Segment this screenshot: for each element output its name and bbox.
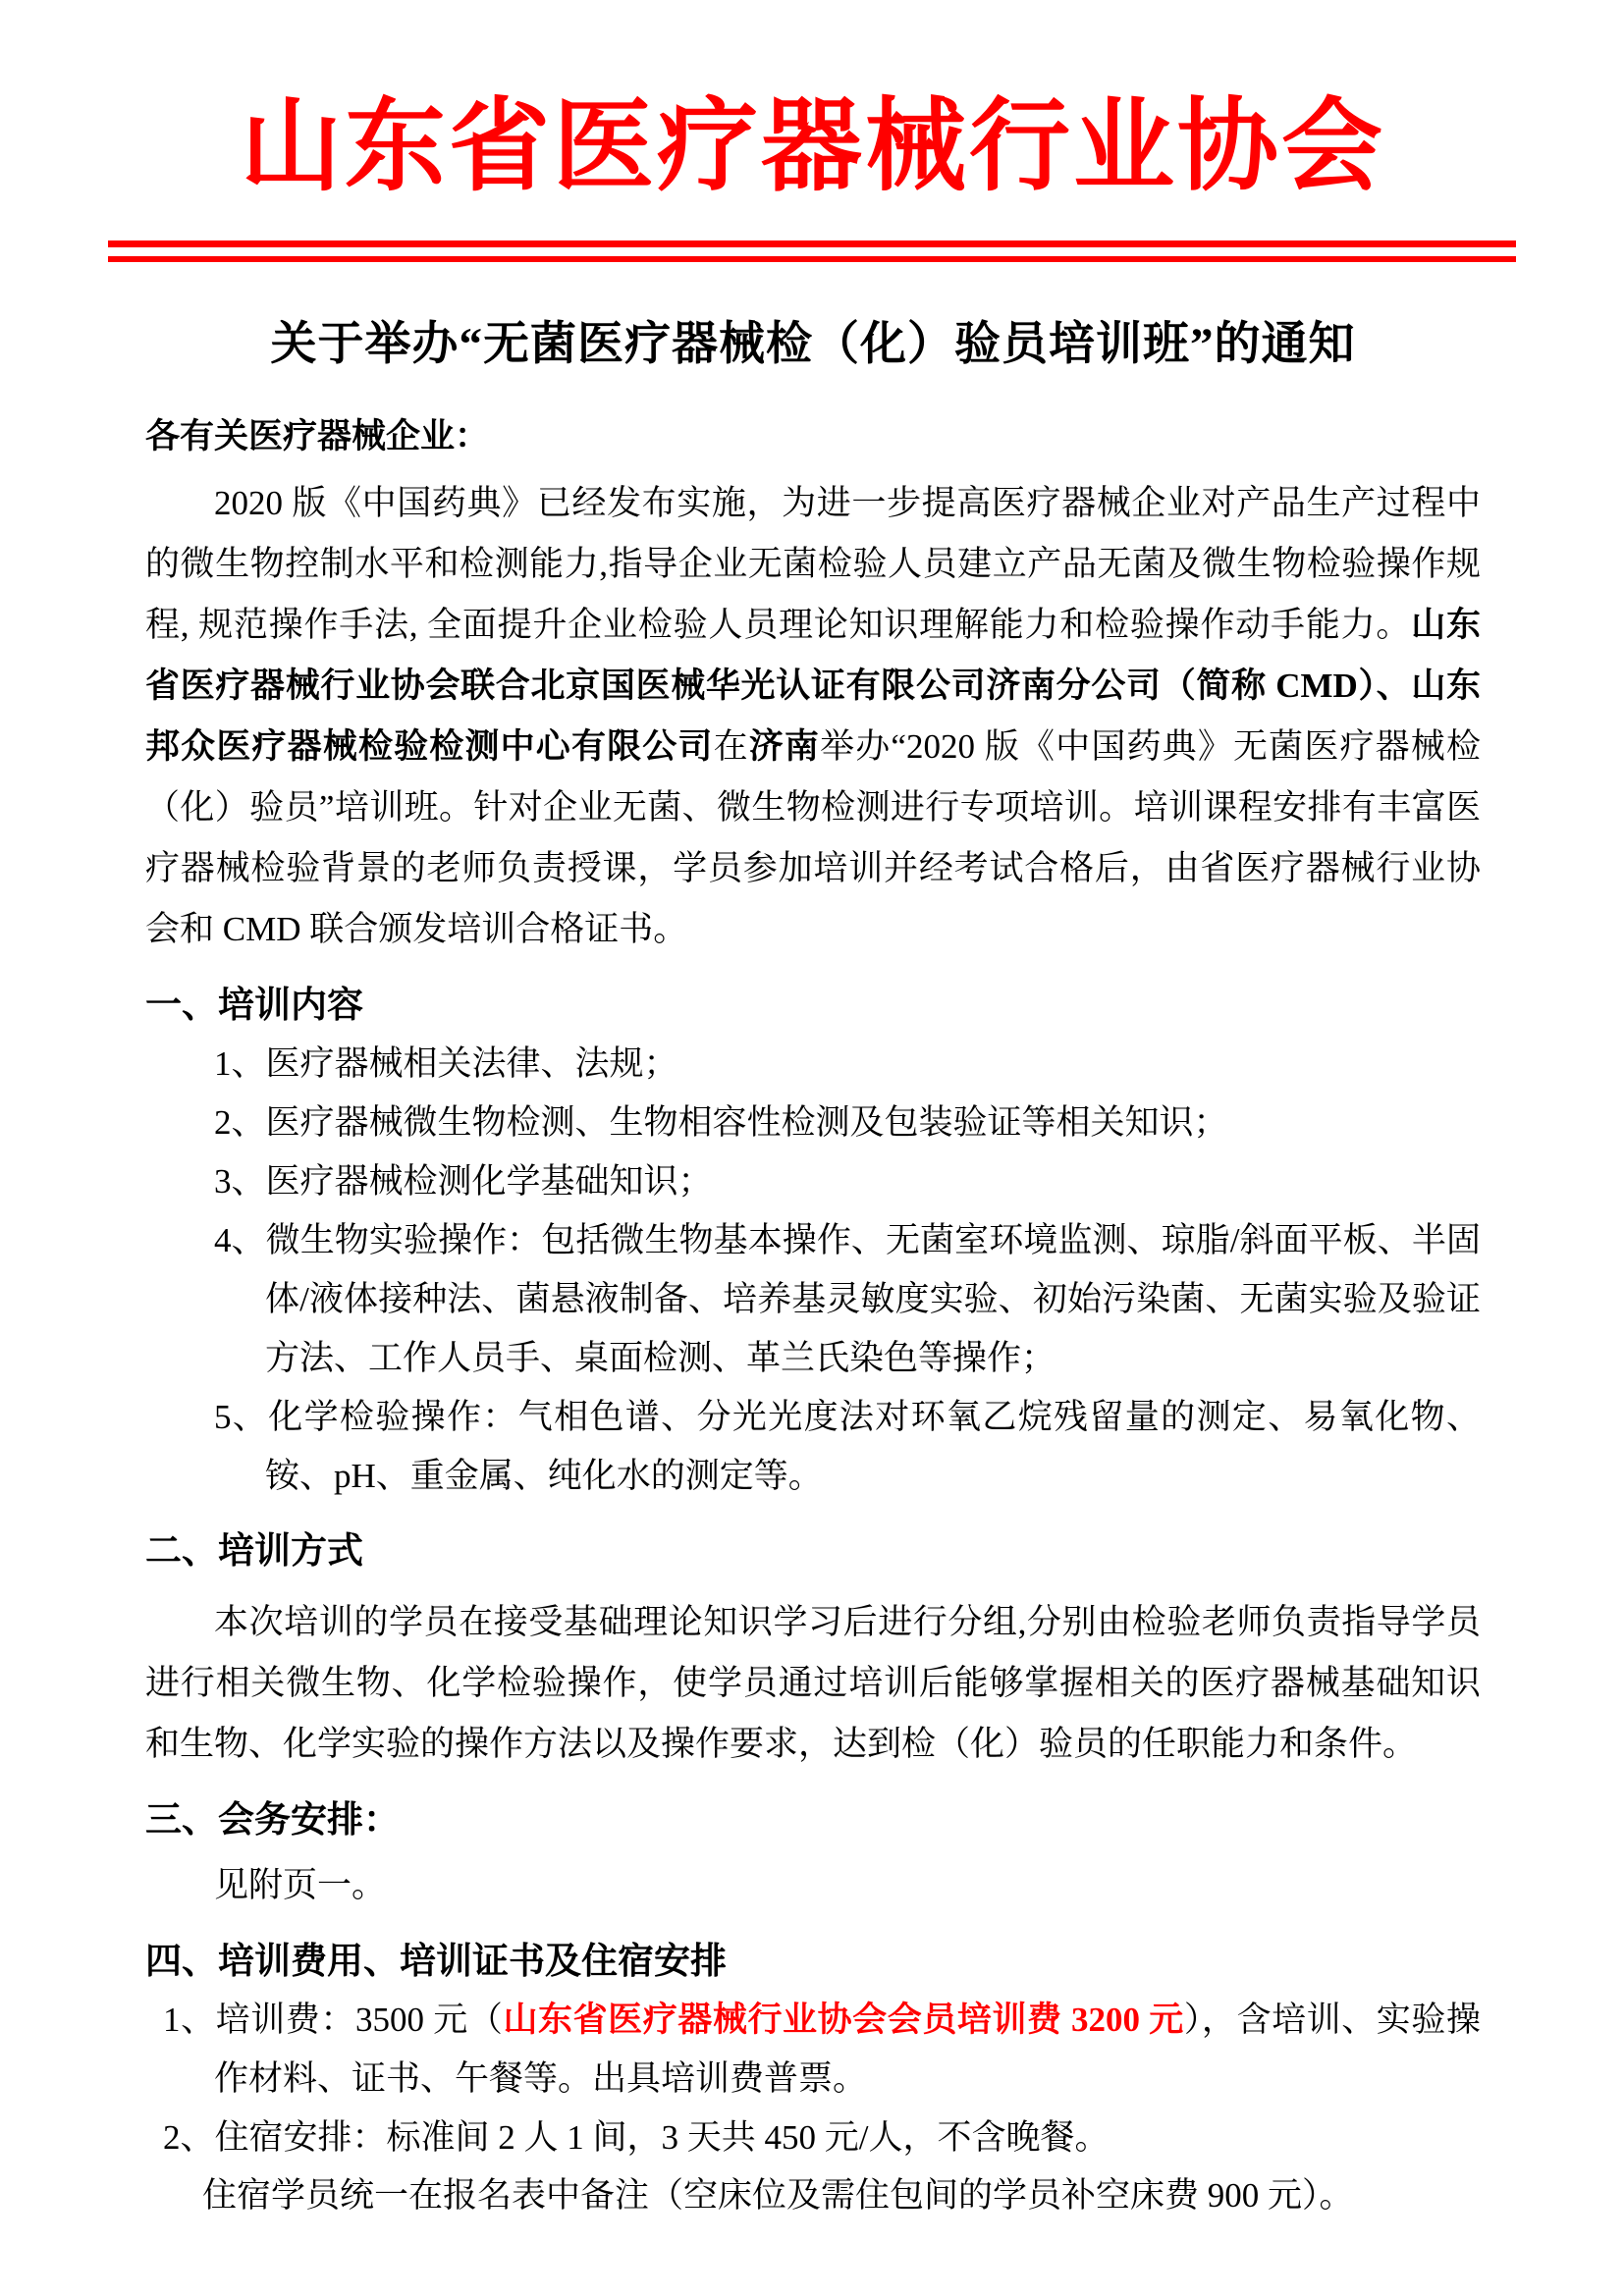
training-method-paragraph: 本次培训的学员在接受基础理论知识学习后进行分组,分别由检验老师负责指导学员进行相… (145, 1592, 1481, 1775)
list-item: 1、医疗器械相关法律、法规； (214, 1035, 1481, 1094)
hostel-text: 住宿安排：标准间 2 人 1 间，3 天共 450 元/人，不含晚餐。 (215, 2118, 1110, 2157)
fee-text-pre: 培训费：3500 元（ (216, 2001, 504, 2039)
divider-line-top (108, 240, 1516, 247)
document-page: 山东省医疗器械行业协会 关于举办“无菌医疗器械检（化）验员培训班”的通知 各有关… (0, 0, 1624, 2296)
hostel-registration-note: 住宿学员统一在报名表中备注（空床位及需住包间的学员补空床费 900 元）。 (202, 2167, 1481, 2224)
item-text: 微生物实验操作：包括微生物基本操作、无菌室环境监测、琼脂/斜面平板、半固体/液体… (265, 1221, 1481, 1377)
intro-city-bold: 济南 (749, 727, 820, 766)
header-divider (108, 240, 1516, 262)
fee-item: 1、培训费：3500 元（山东省医疗器械行业协会会员培训费 3200 元），含培… (163, 1991, 1481, 2109)
list-item: 4、微生物实验操作：包括微生物基本操作、无菌室环境监测、琼脂/斜面平板、半固体/… (214, 1211, 1481, 1388)
section-1-heading: 一、培训内容 (145, 976, 1481, 1035)
item-text: 医疗器械相关法律、法规； (266, 1044, 678, 1083)
item-number: 4、 (214, 1221, 266, 1259)
hostel-item: 2、住宿安排：标准间 2 人 1 间，3 天共 450 元/人，不含晚餐。 (163, 2109, 1481, 2167)
item-number: 1、 (163, 2001, 216, 2039)
item-number: 1、 (214, 1044, 266, 1083)
training-content-list: 1、医疗器械相关法律、法规； 2、医疗器械微生物检测、生物相容性检测及包装验证等… (145, 1035, 1481, 1506)
item-text: 医疗器械检测化学基础知识； (266, 1162, 713, 1201)
list-item: 2、医疗器械微生物检测、生物相容性检测及包装验证等相关知识； (214, 1094, 1481, 1152)
item-number: 3、 (214, 1162, 266, 1201)
meeting-arrangement-note: 见附页一。 (145, 1855, 1481, 1916)
item-number: 5、 (214, 1398, 268, 1436)
section-2-heading: 二、培训方式 (145, 1522, 1481, 1580)
item-text: 医疗器械微生物检测、生物相容性检测及包装验证等相关知识； (266, 1103, 1228, 1142)
list-item: 5、化学检验操作：气相色谱、分光光度法对环氧乙烷残留量的测定、易氧化物、铵、pH… (214, 1388, 1481, 1506)
fee-and-hostel-list: 1、培训费：3500 元（山东省医疗器械行业协会会员培训费 3200 元），含培… (145, 1991, 1481, 2167)
item-number: 2、 (163, 2118, 215, 2157)
item-text: 化学检验操作：气相色谱、分光光度法对环氧乙烷残留量的测定、易氧化物、铵、pH、重… (265, 1398, 1481, 1495)
list-item: 3、医疗器械检测化学基础知识； (214, 1152, 1481, 1211)
notice-title: 关于举办“无菌医疗器械检（化）验员培训班”的通知 (145, 307, 1481, 373)
section-3-heading: 三、会务安排： (145, 1790, 1481, 1849)
intro-text-1: 2020 版《中国药典》已经发布实施，为进一步提高医疗器械企业对产品生产过程中的… (145, 484, 1481, 644)
intro-paragraph: 2020 版《中国药典》已经发布实施，为进一步提高医疗器械企业对产品生产过程中的… (145, 473, 1481, 960)
member-fee-highlight: 山东省医疗器械行业协会会员培训费 3200 元 (503, 2001, 1183, 2039)
intro-text-2: 在 (714, 727, 749, 766)
section-4-heading: 四、培训费用、培训证书及住宿安排 (145, 1932, 1481, 1991)
item-number: 2、 (214, 1103, 266, 1142)
org-name-banner: 山东省医疗器械行业协会 (145, 75, 1481, 221)
divider-line-bottom (108, 256, 1516, 262)
salutation: 各有关医疗器械企业： (145, 412, 1481, 461)
